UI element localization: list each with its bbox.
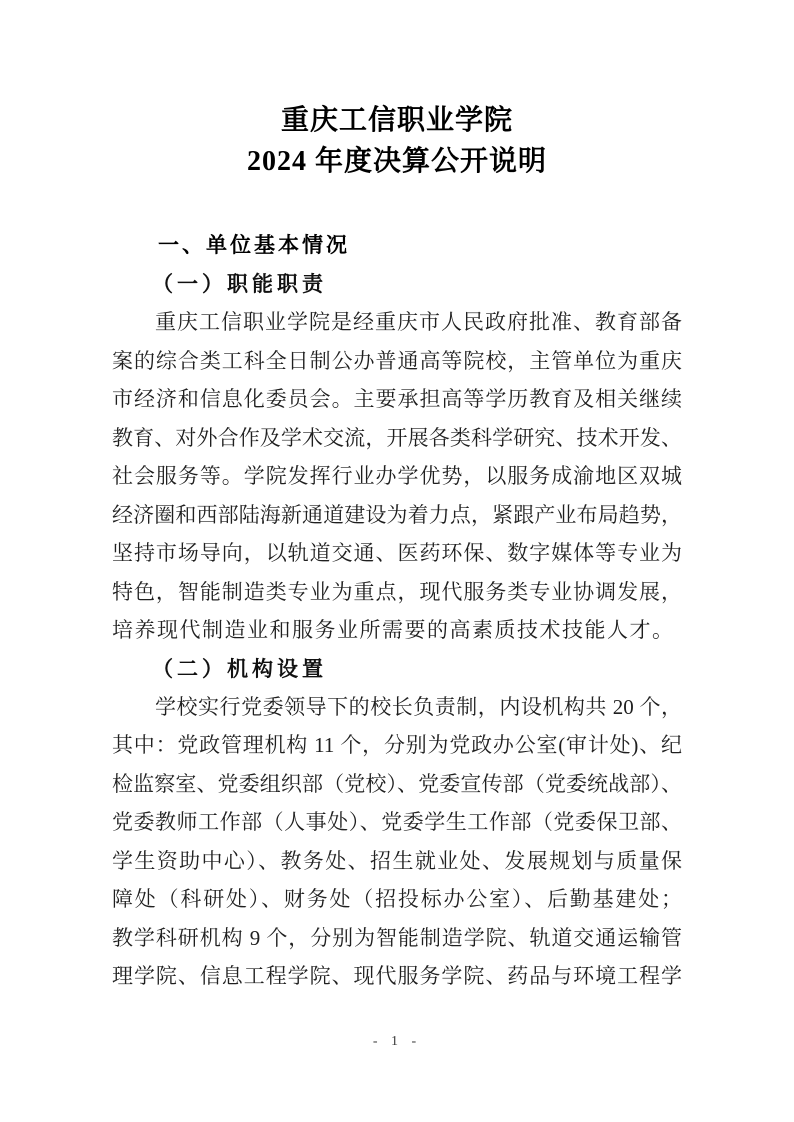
page-number: - 1 - — [0, 1034, 794, 1050]
paragraph-line: 障处（科研处）、财务处（招投标办公室）、后勤基建处； — [112, 880, 682, 919]
paragraph-organization: 学校实行党委领导下的校长负责制，内设机构共 20 个，其中：党政管理机构 11 … — [112, 688, 682, 996]
paragraph-line: 经济圈和西部陆海新通道建设为着力点，紧跟产业布局趋势， — [112, 496, 682, 535]
paragraph-line: 案的综合类工科全日制公办普通高等院校，主管单位为重庆 — [112, 342, 682, 381]
paragraph-duties: 重庆工信职业学院是经重庆市人民政府批准、教育部备案的综合类工科全日制公办普通高等… — [112, 303, 682, 650]
paragraph-line: 特色，智能制造类专业为重点，现代服务类专业协调发展， — [112, 573, 682, 612]
paragraph-line: 党委教师工作部（人事处）、党委学生工作部（党委保卫部、 — [112, 803, 682, 842]
paragraph-line: 重庆工信职业学院是经重庆市人民政府批准、教育部备 — [112, 303, 682, 342]
paragraph-line: 检监察室、党委组织部（党校）、党委宣传部（党委统战部）、 — [112, 765, 682, 804]
document-page: 重庆工信职业学院 2024 年度决算公开说明 一、单位基本情况 （一）职能职责 … — [0, 0, 794, 1122]
document-title-line-1: 重庆工信职业学院 — [112, 100, 682, 141]
section-heading-basic-info: 一、单位基本情况 — [112, 227, 682, 265]
paragraph-line: 学生资助中心）、教务处、招生就业处、发展规划与质量保 — [112, 842, 682, 881]
paragraph-line: 教学科研机构 9 个，分别为智能制造学院、轨道交通运输管 — [112, 919, 682, 958]
subsection-heading-duties: （一）职能职责 — [112, 265, 682, 303]
document-content: 重庆工信职业学院 2024 年度决算公开说明 一、单位基本情况 （一）职能职责 … — [112, 0, 682, 996]
paragraph-line: 坚持市场导向，以轨道交通、医药环保、数字媒体等专业为 — [112, 534, 682, 573]
paragraph-line: 教育、对外合作及学术交流，开展各类科学研究、技术开发、 — [112, 419, 682, 458]
document-title-line-2: 2024 年度决算公开说明 — [112, 141, 682, 182]
paragraph-line: 市经济和信息化委员会。主要承担高等学历教育及相关继续 — [112, 380, 682, 419]
document-title-block: 重庆工信职业学院 2024 年度决算公开说明 — [112, 0, 682, 182]
paragraph-line: 其中：党政管理机构 11 个，分别为党政办公室(审计处)、纪 — [112, 726, 682, 765]
paragraph-line: 培养现代制造业和服务业所需要的高素质技术技能人才。 — [112, 611, 682, 650]
paragraph-line: 社会服务等。学院发挥行业办学优势，以服务成渝地区双城 — [112, 457, 682, 496]
subsection-heading-organization: （二）机构设置 — [112, 650, 682, 688]
paragraph-line: 理学院、信息工程学院、现代服务学院、药品与环境工程学 — [112, 957, 682, 996]
paragraph-line: 学校实行党委领导下的校长负责制，内设机构共 20 个， — [112, 688, 682, 727]
